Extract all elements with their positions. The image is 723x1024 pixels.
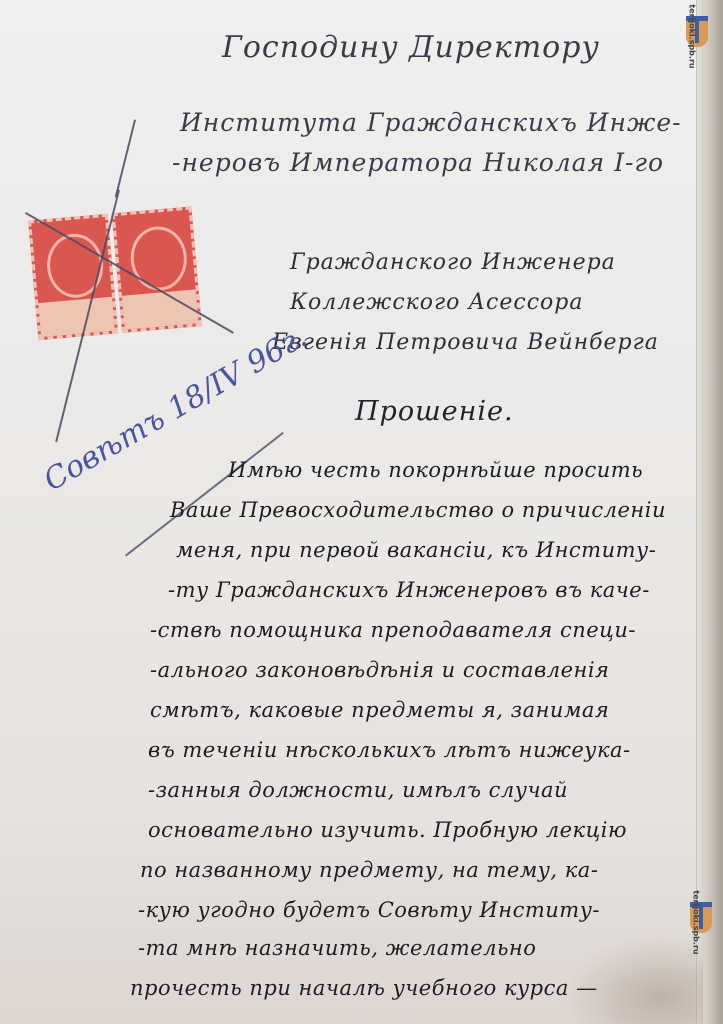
watermark-logo-bottom: terijoki.spb.ru (672, 900, 714, 942)
margin-stroke (115, 120, 136, 198)
revenue-stamps (28, 206, 210, 343)
body-line-5: -ствѣ помощника преподавателя специ- (150, 618, 636, 642)
document-title: Прошенiе. (355, 396, 514, 427)
body-line-8: въ теченiи нѣсколькихъ лѣтъ нижеука- (148, 738, 631, 762)
watermark-logo-top: terijoki.spb.ru (668, 14, 710, 56)
body-line-7: смѣтъ, каковые предметы я, занимая (150, 698, 609, 722)
body-line-9: -занныя должности, имѣлъ случай (148, 778, 568, 802)
body-line-2: Ваше Превосходительство о причисленiи (170, 498, 666, 522)
addressee-line-3: -неровъ Императора Николая I-го (172, 148, 664, 177)
body-line-6: -ального законовѣдѣнiя и составленiя (150, 658, 609, 682)
body-line-12: -кую угодно будетъ Совѣту Институ- (138, 898, 600, 922)
body-line-4: -ту Гражданскихъ Инженеровъ въ каче- (168, 578, 650, 602)
body-line-13: -та мнѣ назначить, желательно (138, 936, 536, 960)
sender-line-1: Гражданского Инженера (290, 250, 616, 275)
watermark-text: terijoki.spb.ru (692, 890, 701, 954)
body-line-3: меня, при первой вакансiи, къ Институ- (176, 538, 656, 562)
body-line-11: по названному предмету, на тему, ка- (140, 858, 598, 882)
revenue-stamp (28, 214, 118, 341)
page-edge (696, 0, 723, 1024)
addressee-line-2: Института Гражданскихъ Инже- (180, 108, 682, 137)
addressee-line-1: Господину Директору (222, 30, 600, 65)
sender-line-2: Коллежского Асессора (290, 290, 583, 315)
body-line-14: прочесть при началѣ учебного курса — (130, 976, 598, 1000)
sender-line-3: Евгенiя Петровича Вейнберга (272, 330, 659, 355)
body-line-10: основательно изучить. Пробную лекцiю (148, 818, 627, 842)
body-line-1: Имѣю честь покорнѣйше просить (228, 458, 643, 482)
document-page: terijoki.spb.ru terijoki.spb.ru Господин… (0, 0, 723, 1024)
watermark-text: terijoki.spb.ru (688, 4, 697, 68)
